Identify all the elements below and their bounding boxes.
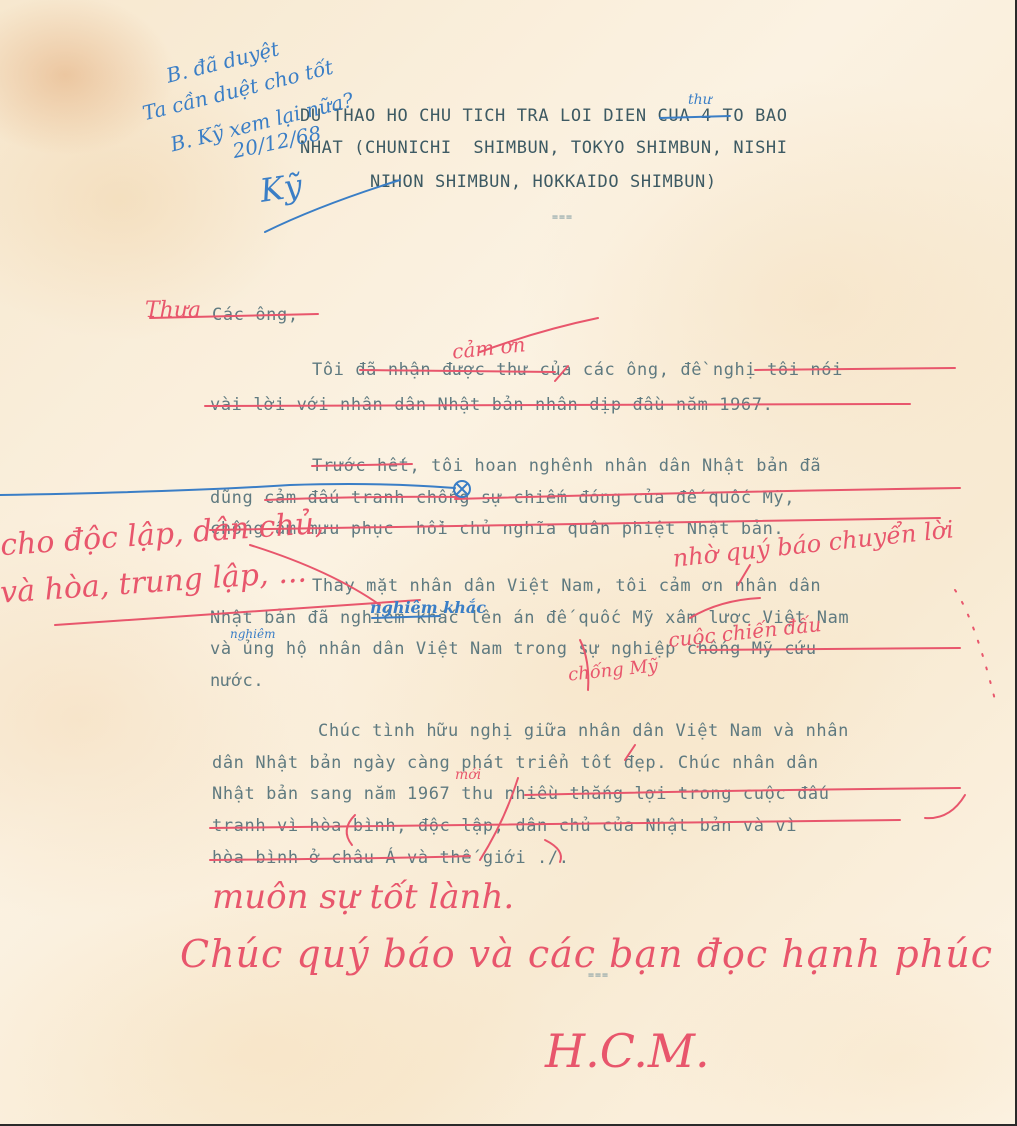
para4-line4: tranh vì hòa bình, độc lập, dân chủ của … — [212, 818, 797, 835]
para4-line5: hòa bình ở châu Á và thế giới ./. — [212, 850, 570, 867]
blue-inline-below: nghiêm — [230, 628, 275, 640]
red-margin-note-line-2: và hòa, trung lập, ... — [0, 557, 308, 608]
blue-title-insert: thư — [688, 93, 712, 107]
title-line-3: NIHON SHIMBUN, HOKKAIDO SHIMBUN) — [370, 174, 717, 191]
para4-line2: dân Nhật bản ngày càng phát triển tốt đẹ… — [212, 755, 819, 772]
blue-initials: Kỹ — [258, 169, 304, 207]
title-line-2: NHAT (CHUNICHI SHIMBUN, TOKYO SHIMBUN, N… — [300, 140, 788, 157]
red-closing-line-1: muôn sự tốt lành. — [212, 880, 514, 914]
para3-line1: Thay mặt nhân dân Việt Nam, tôi cảm ơn n… — [312, 578, 821, 595]
scanned-document-page: DU THAO HO CHU TICH TRA LOI DIEN CUA 4 T… — [0, 0, 1017, 1126]
title-line-1: DU THAO HO CHU TICH TRA LOI DIEN CUA 4 T… — [300, 108, 788, 125]
red-insert-para1: cảm ơn — [451, 334, 526, 362]
para4-line3: Nhật bản sang năm 1967 thu nhiều thắng l… — [212, 786, 830, 803]
red-closing-line-2: Chúc quý báo và các bạn đọc hạnh phúc — [180, 935, 993, 973]
salutation: Các ông, — [212, 307, 299, 324]
red-salutation-insert: Thưa — [145, 300, 201, 322]
para2-line2: dũng cảm đấu tranh chống sự chiếm đóng c… — [210, 490, 795, 507]
para1-line1: Tôi đã nhận được thư của các ông, đề ngh… — [312, 362, 843, 379]
title-separator: === — [552, 212, 573, 223]
para4-line1: Chúc tình hữu nghị giữa nhân dân Việt Na… — [318, 723, 849, 740]
para3-line4: nước. — [210, 673, 264, 690]
red-signature: H.C.M. — [545, 1028, 710, 1074]
para1-line2: vài lời với nhân dân Nhật bản nhân dịp đ… — [210, 397, 773, 414]
red-insert-para4: mới — [455, 768, 481, 782]
para2-line1: Trước hết, tôi hoan nghênh nhân dân Nhật… — [312, 458, 821, 475]
red-margin-note-line-1: cho độc lập, dân chủ, — [0, 509, 325, 562]
red-insert-para3-low: chống Mỹ — [567, 657, 659, 684]
blue-inline-correction: nghiêm khắc — [370, 600, 486, 616]
